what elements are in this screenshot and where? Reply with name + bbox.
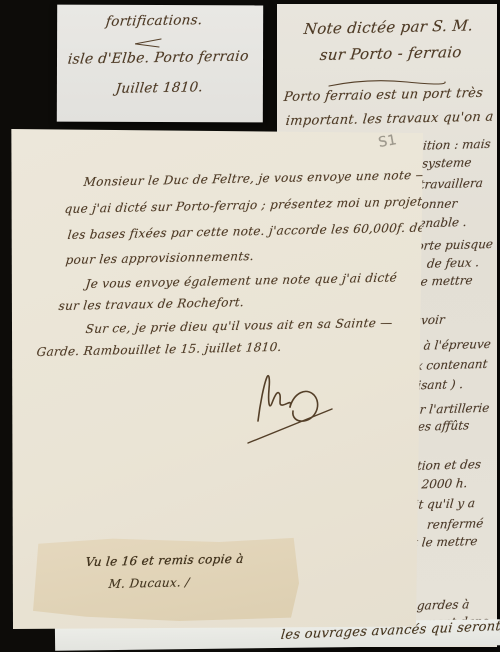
note-edge-fragment: les affûts xyxy=(413,418,470,433)
letter-line: pour les approvisionnements. xyxy=(65,249,255,267)
note-edge-fragment: tion et des xyxy=(416,457,481,473)
slip-note-line2: M. Ducaux. / xyxy=(108,575,190,591)
note-edge-fragment: de feux . xyxy=(426,255,480,270)
note-edge-fragment: forte puisque xyxy=(411,237,493,253)
docket-date-line: Juillet 1810. xyxy=(115,79,204,97)
note-edge-fragment: gardes à xyxy=(416,597,470,612)
letter-line: sur les travaux de Rochefort. xyxy=(58,295,245,313)
main-letter-sheet: S1 Monsieur le Duc de Feltre, je vous en… xyxy=(8,127,426,630)
note-body-line1: Porto ferraio est un port très xyxy=(283,86,484,105)
letter-line: Je vous envoye également une note que j'… xyxy=(85,270,398,291)
letter-line: Garde. Rambouillet le 15. juillet 1810. xyxy=(36,340,282,359)
letter-line: les bases fixées par cette note. j'accor… xyxy=(67,219,475,242)
pencil-lot-mark: S1 xyxy=(377,132,398,151)
top-left-docket-sheet: fortifications. isle d'Elbe. Porto ferra… xyxy=(57,5,263,123)
note-body-line2: important. les travaux qu'on a xyxy=(285,110,494,129)
docket-title-line: fortifications. xyxy=(105,12,203,30)
letter-line: Monsieur le Duc de Feltre, je vous envoy… xyxy=(83,168,429,189)
note-heading-line1: Note dictée par S. M. xyxy=(303,16,474,38)
letter-line: Sur ce, je prie dieu qu'il vous ait en s… xyxy=(85,316,393,336)
signature-np-icon xyxy=(236,359,356,449)
docket-slip: Vu le 16 et remis copie à Vu le 16 et re… xyxy=(33,537,299,621)
flourish-mark xyxy=(129,37,163,49)
note-edge-fragment: systeme xyxy=(421,155,472,170)
note-edge-fragment: de mettre xyxy=(413,273,474,289)
docket-place-line: isle d'Elbe. Porto ferraio xyxy=(67,48,250,67)
note-edge-fragment: renfermé xyxy=(426,516,484,532)
slip-note-line1: Vu le 16 et remis copie à xyxy=(85,552,244,569)
note-heading-line2: sur Porto - ferraio xyxy=(319,43,463,64)
photo-background: fortifications. isle d'Elbe. Porto ferra… xyxy=(0,0,500,652)
letter-line: que j'ai dicté sur Porto-ferrajo ; prése… xyxy=(64,194,464,216)
